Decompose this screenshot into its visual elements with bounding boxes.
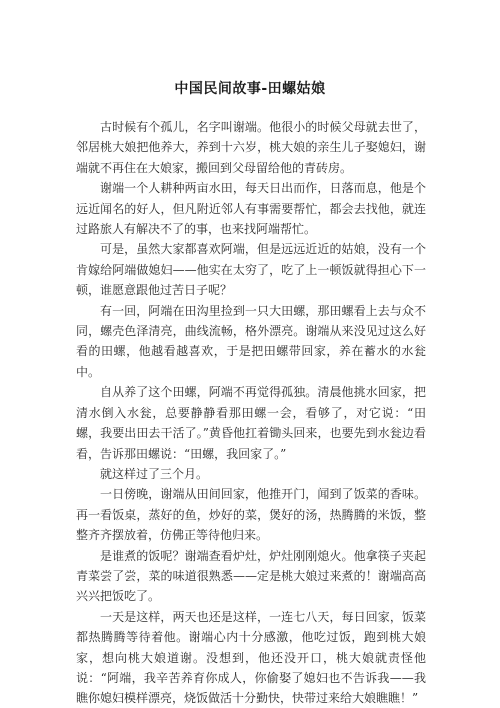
paragraph: 有一回，阿端在田沟里捡到一只大田螺，那田螺看上去与众不同，螺壳色泽清亮，曲线流畅… (76, 301, 426, 383)
paragraph: 可是，虽然大家都喜欢阿端，但是远远近近的姑娘，没有一个肯嫁给阿端做媳妇——他实在… (76, 239, 426, 300)
paragraph: 一天是这样，两天也还是这样，一连七八天，每日回家，饭菜都热腾腾等待着他。谢端心内… (76, 607, 426, 708)
paragraph: 就这样过了三个月。 (76, 464, 426, 484)
paragraph: 自从养了这个田螺，阿端不再觉得孤独。清晨他挑水回家，把清水倒入水瓮，总要静静看那… (76, 382, 426, 464)
document-page: 中国民间故事-田螺姑娘 古时候有个孤儿，名字叫谢端。他很小的时候父母就去世了，邻… (0, 0, 500, 708)
paragraph: 是谁煮的饭呢？谢端查看炉灶，炉灶刚刚熄火。他拿筷子夹起青菜尝了尝，菜的味道很熟悉… (76, 546, 426, 607)
document-body: 古时候有个孤儿，名字叫谢端。他很小的时候父母就去世了，邻居桃大娘把他养大，养到十… (76, 117, 426, 708)
paragraph: 谢端一个人耕种两亩水田，每天日出而作，日落而息，他是个远近闻名的好人，但凡附近邻… (76, 178, 426, 239)
paragraph: 一日傍晚，谢端从田间回家，他推开门，闻到了饭菜的香味。再一看饭桌，蒸好的鱼，炒好… (76, 484, 426, 545)
document-title: 中国民间故事-田螺姑娘 (0, 78, 500, 98)
paragraph: 古时候有个孤儿，名字叫谢端。他很小的时候父母就去世了，邻居桃大娘把他养大，养到十… (76, 117, 426, 178)
